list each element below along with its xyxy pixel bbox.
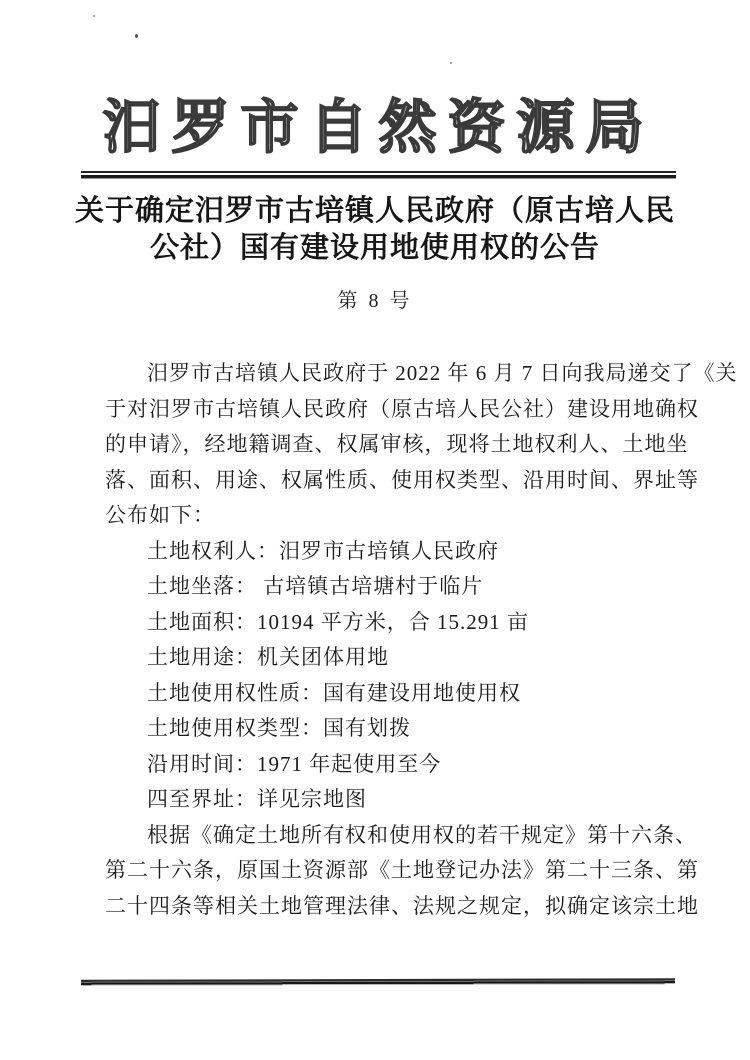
body-text-line: 第二十六条，原国土资源部《土地登记办法》第二十三条、第 (105, 853, 695, 889)
scan-noise-speck (93, 15, 95, 17)
document-body: 汨罗市古培镇人民政府于 2022 年 6 月 7 日向我局递交了《关于对汨罗市古… (105, 356, 695, 924)
body-text-line: 土地坐落： 古培镇古培塘村于临片 (105, 569, 695, 605)
body-text-line: 二十四条等相关土地管理法律、法规之规定，拟确定该宗土地 (105, 889, 695, 925)
body-text-line: 的申请》，经地籍调查、权属审核，现将土地权利人、土地坐 (105, 427, 695, 463)
letterhead-double-rule (81, 171, 676, 180)
body-text-line: 土地权利人：汨罗市古培镇人民政府 (105, 534, 695, 570)
body-text-line: 土地使用权类型：国有划拨 (105, 711, 695, 747)
body-text-line: 落、面积、用途、权属性质、使用权类型、沿用时间、界址等 (105, 463, 695, 499)
scan-noise-speck (450, 62, 452, 64)
body-text-line: 于对汨罗市古培镇人民政府（原古培人民公社）建设用地确权 (105, 392, 695, 428)
scan-noise-speck (135, 34, 138, 38)
document-title-line1: 关于确定汨罗市古培镇人民政府（原古培人民 (40, 193, 710, 230)
scanned-document-page: 汨罗市自然资源局 关于确定汨罗市古培镇人民政府（原古培人民 公社）国有建设用地使… (0, 0, 750, 1060)
body-text-line: 四至界址：详见宗地图 (105, 782, 695, 818)
body-text-line: 根据《确定土地所有权和使用权的若干规定》第十六条、 (105, 818, 695, 854)
body-text-line: 公布如下： (105, 498, 695, 534)
page-bottom-scan-edge (81, 978, 675, 988)
body-text-line: 土地面积：10194 平方米，合 15.291 亩 (105, 605, 695, 641)
letterhead-agency-name: 汨罗市自然资源局 (81, 92, 676, 164)
document-title-line2: 公社）国有建设用地使用权的公告 (40, 230, 710, 267)
body-text-line: 土地使用权性质：国有建设用地使用权 (105, 676, 695, 712)
body-text-line: 汨罗市古培镇人民政府于 2022 年 6 月 7 日向我局递交了《关 (105, 356, 695, 392)
body-text-line: 土地用途：机关团体用地 (105, 640, 695, 676)
document-title: 关于确定汨罗市古培镇人民政府（原古培人民 公社）国有建设用地使用权的公告 (40, 193, 710, 267)
body-text-line: 沿用时间：1971 年起使用至今 (105, 747, 695, 783)
document-number: 第 8 号 (40, 284, 710, 313)
